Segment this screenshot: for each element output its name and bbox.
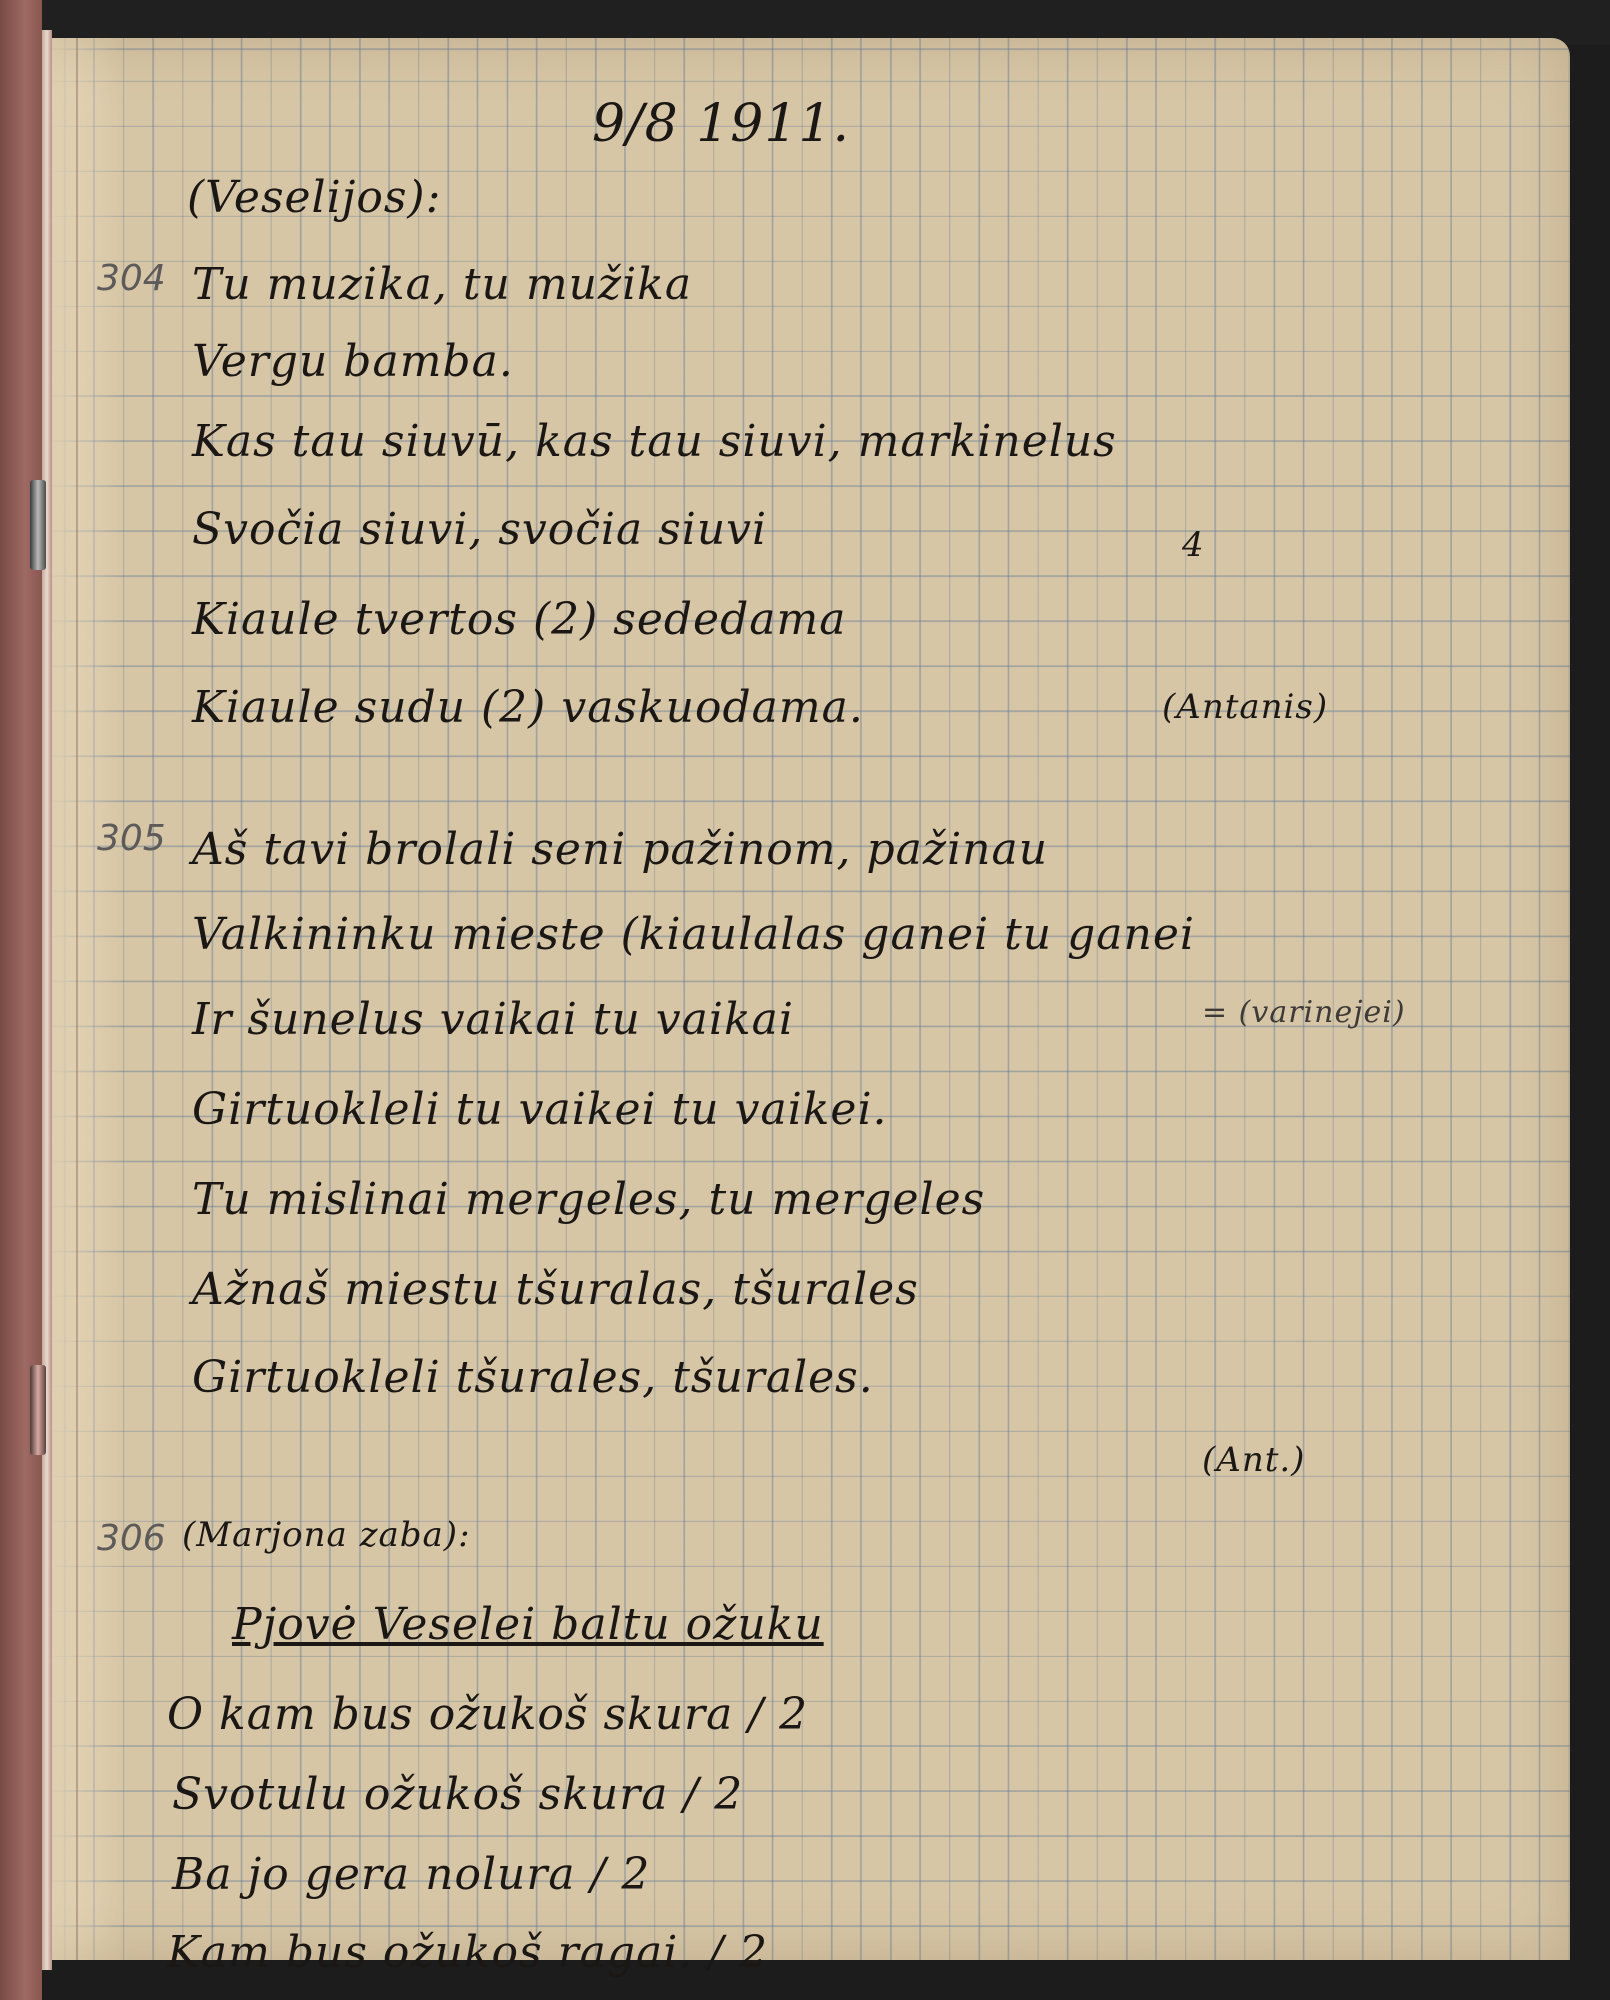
entry-306-line-3: Svotulu ožukoš skura / 2 (172, 1773, 743, 1817)
notebook-cover (0, 0, 42, 2000)
entry-304-heading: (Veselijos): (187, 176, 441, 220)
entry-305-line-2: Valkininku mieste (kiaulalas ganei tu ga… (192, 913, 1195, 957)
entry-306-line-2: O kam bus ožukoš skura / 2 (167, 1693, 808, 1737)
notebook-cover-edge (42, 30, 52, 1970)
entry-305-number: 305 (97, 818, 166, 859)
entry-305-attribution: (Ant.) (1202, 1443, 1305, 1477)
entry-304-line-2: Vergu bamba. (192, 340, 514, 384)
grid-paper-page: 9/8 1911. (Veselijos): 304 Tu muzika, tu… (52, 38, 1570, 1960)
entry-306-line-5: Kam bus ožukoš ragai. / 2 (167, 1931, 768, 1975)
entry-304-line-3: Kas tau siuvū, kas tau siuvi, markinelus (192, 420, 1117, 464)
entry-304-line-4: Svočia siuvi, svočia siuvi (192, 508, 767, 552)
entry-305-line-7: Girtuokleli tšurales, tšurales. (192, 1356, 874, 1400)
entry-306-heading: (Marjona zaba): (182, 1518, 471, 1552)
entry-304-margin-note: 4 (1182, 528, 1205, 562)
page-margin-line (76, 38, 78, 1960)
entry-306-number: 306 (97, 1518, 166, 1559)
entry-305-line-1: Aš tavi brolali seni pažinom, pažinau (192, 828, 1048, 872)
entry-305-annotation: = (varinejei) (1202, 998, 1406, 1028)
entry-304-line-6: Kiaule sudu (2) vaskuodama. (192, 686, 864, 730)
entry-306-line-4: Ba jo gera nolura / 2 (172, 1853, 650, 1897)
entry-304-line-5: Kiaule tvertos (2) sededama (192, 598, 846, 642)
staple-bottom (30, 1365, 46, 1455)
entry-306-line-1: Pjovė Veselei baltu ožuku (232, 1603, 824, 1647)
page-date: 9/8 1911. (592, 98, 850, 150)
entry-305-line-5: Tu mislinai mergeles, tu mergeles (192, 1178, 985, 1222)
entry-305-line-6: Ažnaš miestu tšuralas, tšurales (192, 1268, 919, 1312)
staple-top (30, 480, 46, 570)
entry-304-attribution: (Antanis) (1162, 690, 1328, 724)
entry-304-number: 304 (97, 258, 166, 299)
entry-304-line-1: Tu muzika, tu mužika (192, 263, 692, 307)
entry-305-line-4: Girtuokleli tu vaikei tu vaikei. (192, 1088, 888, 1132)
entry-305-line-3: Ir šunelus vaikai tu vaikai (192, 998, 794, 1042)
